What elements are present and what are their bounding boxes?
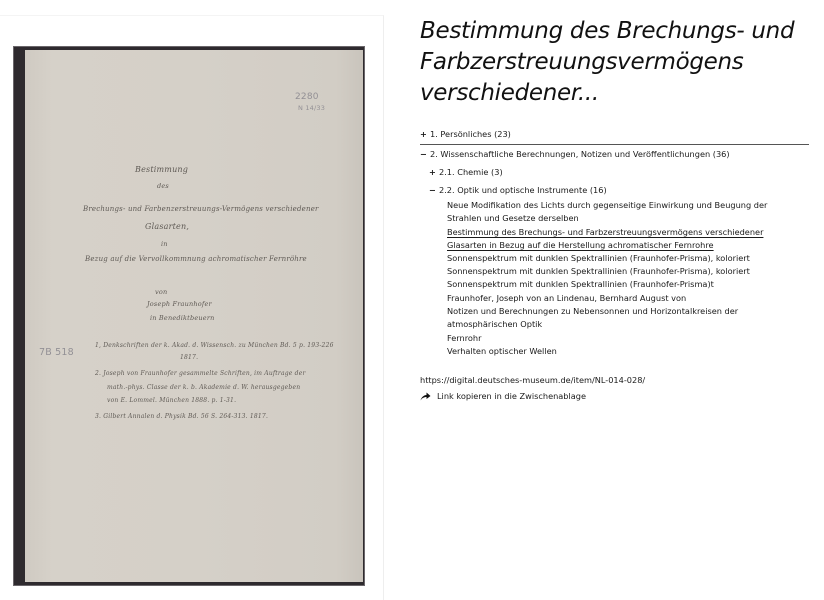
handwriting-line: Brechungs- und Farbenzerstreuungs-Vermög… (83, 205, 319, 213)
tree-leaf-item[interactable]: Sonnenspektrum mit dunklen Spektrallinie… (447, 252, 792, 265)
handwriting-line: Bezug auf die Vervollkommnung achromatis… (85, 255, 307, 263)
expand-plus-icon[interactable]: + (420, 128, 430, 140)
image-viewer[interactable]: 2280 N 14/33 Bestimmung des Brechungs- u… (0, 15, 384, 600)
document-scan-image[interactable]: 2280 N 14/33 Bestimmung des Brechungs- u… (13, 46, 365, 586)
pencil-catalog-number: 2280 (295, 92, 319, 102)
tree-node-persoenliches[interactable]: +1. Persönliches (23) (420, 128, 511, 140)
record-title: Bestimmung des Brechungs- und Farbzerstr… (420, 16, 815, 109)
share-arrow-icon (420, 392, 431, 401)
tree-node-label[interactable]: 2. Wissenschaftliche Berechnungen, Notiz… (430, 149, 730, 159)
pencil-catalog-sub: N 14/33 (298, 104, 325, 112)
tree-node-wissenschaftliche[interactable]: −2. Wissenschaftliche Berechnungen, Noti… (420, 148, 730, 160)
tree-leaf-item[interactable]: Fernrohr (447, 332, 792, 345)
pencil-inventory-number: 7B 518 (39, 347, 74, 358)
tree-node-chemie[interactable]: +2.1. Chemie (3) (429, 166, 503, 178)
handwriting-line: Joseph Fraunhofer (147, 300, 212, 308)
handwriting-line: von (155, 288, 167, 296)
handwriting-reference: von E. Lommel. München 1888. p. 1-31. (107, 397, 236, 404)
copy-link-label: Link kopieren in die Zwischenablage (437, 390, 586, 402)
handwriting-reference: 2. Joseph von Fraunhofer gesammelte Schr… (95, 370, 306, 377)
tree-leaf-item[interactable]: Notizen und Berechnungen zu Nebensonnen … (447, 305, 792, 332)
expand-plus-icon[interactable]: + (429, 166, 439, 178)
collapse-minus-icon[interactable]: − (429, 184, 439, 196)
handwriting-line: des (157, 182, 169, 190)
handwriting-reference: 3. Gilbert Annalen d. Physik Bd. 56 S. 2… (95, 413, 268, 420)
tree-leaf-item-active[interactable]: Bestimmung des Brechungs- und Farbzerstr… (447, 226, 792, 253)
tree-leaf-item[interactable]: Fraunhofer, Joseph von an Lindenau, Bern… (447, 292, 792, 305)
scan-paper: 2280 N 14/33 Bestimmung des Brechungs- u… (25, 50, 363, 582)
handwriting-line: in Benediktbeuern (150, 314, 215, 322)
tree-node-optik[interactable]: −2.2. Optik und optische Instrumente (16… (429, 184, 607, 196)
tree-node-label[interactable]: 1. Persönliches (23) (430, 129, 511, 139)
handwriting-line: in (161, 240, 168, 248)
handwriting-reference: 1817. (180, 354, 198, 361)
tree-leaf-item[interactable]: Neue Modifikation des Lichts durch gegen… (447, 199, 792, 226)
permalink-url[interactable]: https://digital.deutsches-museum.de/item… (420, 374, 645, 386)
handwriting-reference: 1, Denkschriften der k. Akad. d. Wissens… (95, 342, 334, 349)
copy-link-button[interactable]: Link kopieren in die Zwischenablage (420, 390, 645, 402)
handwriting-line: Bestimmung (135, 165, 188, 174)
tree-node-label[interactable]: 2.2. Optik und optische Instrumente (16) (439, 185, 607, 195)
handwriting-reference: math.-phys. Classe der k. b. Akademie d.… (107, 384, 300, 391)
tree-node-label[interactable]: 2.1. Chemie (3) (439, 167, 503, 177)
tree-divider (420, 144, 809, 145)
permalink-section: https://digital.deutsches-museum.de/item… (420, 374, 645, 402)
handwriting-line: Glasarten, (145, 222, 189, 231)
tree-leaf-item[interactable]: Verhalten optischer Wellen (447, 345, 792, 358)
collapse-minus-icon[interactable]: − (420, 148, 430, 160)
tree-leaf-item[interactable]: Sonnenspektrum mit dunklen Spektrallinie… (447, 265, 792, 278)
tree-leaf-item[interactable]: Sonnenspektrum mit dunklen Spektrallinie… (447, 278, 792, 291)
